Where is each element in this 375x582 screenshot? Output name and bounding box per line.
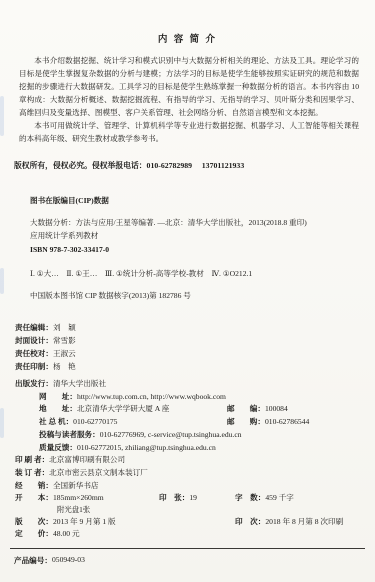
sheets-label: 印 张： xyxy=(159,493,189,502)
book-copyright-page: 内 容 简 介 本书介绍数据挖掘、统计学习和模式识别中与大数据分析相关的理论、方… xyxy=(0,0,375,582)
reader-service-label: 投稿与读者服务： xyxy=(39,429,100,442)
binder-row: 装 订 者： 北京市密云县京文制本装订厂 xyxy=(15,467,367,480)
staff-row-editor: 责任编辑： 刘 颖 xyxy=(15,321,361,334)
binder-value: 北京市密云县京文制本装订厂 xyxy=(49,467,148,480)
product-number-label: 产品编号： xyxy=(14,555,52,566)
website-urls: http://www.tup.com.cn, http://www.wqbook… xyxy=(77,391,226,404)
cip-classification: Ⅰ. ①大… Ⅱ. ①王… Ⅲ. ①统计分析-高等学校-教材 Ⅳ. ①O212.… xyxy=(30,267,361,281)
distributor-label: 经 销： xyxy=(15,480,53,493)
address-value: 北京清华大学学研大厦 A 座 xyxy=(77,403,169,416)
quality-feedback-label: 质量反馈： xyxy=(39,442,77,455)
staff-print-supervisor-value: 杨 艳 xyxy=(53,360,76,373)
scan-artifact xyxy=(0,268,4,294)
website-row: 网 址： http://www.tup.com.cn, http://www.w… xyxy=(15,391,367,404)
scan-artifact xyxy=(0,96,4,136)
switchboard-value: 010-62770175 xyxy=(73,416,117,429)
edition-value: 2013 年 9 月第 1 版 xyxy=(53,517,116,526)
binder-label: 装 订 者： xyxy=(15,467,49,480)
intro-paragraph-2: 本书可用做统计学、管理学、计算机科学等专业进行数据挖掘、机器学习、人工智能等相关… xyxy=(19,119,359,145)
reader-service-value: 010-62776969, c-service@tup.tsinghua.edu… xyxy=(100,429,242,442)
price-value: 48.00 元 xyxy=(53,529,80,538)
staff-row-print-supervisor: 责任印制： 杨 艳 xyxy=(15,360,361,373)
publisher-row: 出版发行： 清华大学出版社 xyxy=(15,378,367,391)
address-label: 地 址： xyxy=(39,403,77,416)
cip-book-line: 大数据分析：方法与应用/王星等编著. —北京：清华大学出版社，2013(2018… xyxy=(30,216,361,230)
impression-value: 2018 年 8 月第 8 次印刷 xyxy=(265,517,343,526)
product-number-value: 050949-03 xyxy=(52,555,85,566)
cip-record-number: 中国版本图书馆 CIP 数据核字(2013)第 182786 号 xyxy=(30,289,361,303)
publisher-label: 出版发行： xyxy=(15,378,53,391)
impression-label: 印 次： xyxy=(235,517,265,526)
publisher-name: 清华大学出版社 xyxy=(53,378,106,391)
intro-paragraph-1: 本书介绍数据挖掘、统计学习和模式识别中与大数据分析相关的理论、方法及工具。理论学… xyxy=(19,54,359,119)
printer-value: 北京富博印刷有限公司 xyxy=(49,454,125,467)
edition-label: 版 次： xyxy=(15,517,53,526)
scan-artifact xyxy=(0,408,4,438)
staff-row-cover-design: 封面设计： 常雪影 xyxy=(15,334,361,347)
sheets-value: 19 xyxy=(189,493,197,502)
staff-section: 责任编辑： 刘 颖 封面设计： 常雪影 责任校对： 王淑云 责任印制： 杨 艳 xyxy=(15,321,361,373)
switchboard-label: 社 总 机： xyxy=(39,416,73,429)
reader-service-row: 投稿与读者服务： 010-62776969, c-service@tup.tsi… xyxy=(15,429,367,442)
word-count-value: 459 千字 xyxy=(265,493,293,502)
address-row: 地 址： 北京清华大学学研大厦 A 座 邮 编： 100084 xyxy=(15,403,367,416)
staff-row-proofreader: 责任校对： 王淑云 xyxy=(15,347,361,360)
cip-heading: 图书在版编目(CIP)数据 xyxy=(30,194,361,208)
specs-section: 开 本：185mm×260mm 附光盘1张 印 张：19 字 数：459 千字 … xyxy=(15,492,367,541)
intro-section: 本书介绍数据挖掘、统计学习和模式识别中与大数据分析相关的理论、方法及工具。理论学… xyxy=(19,54,359,145)
staff-editor-value: 刘 颖 xyxy=(53,321,76,334)
word-count-label: 字 数： xyxy=(235,493,265,502)
cip-series-line: 应用统计学系列教材 xyxy=(30,229,361,243)
cip-isbn: ISBN 978-7-302-33417-0 xyxy=(30,243,361,257)
staff-print-supervisor-label: 责任印制： xyxy=(15,360,53,373)
quality-feedback-value: 010-62772015, zhiliang@tup.tsinghua.edu.… xyxy=(77,442,216,455)
mail-order-value: 010-62786544 xyxy=(265,416,309,429)
format-row: 开 本：185mm×260mm 附光盘1张 印 张：19 字 数：459 千字 xyxy=(15,492,367,515)
staff-cover-design-value: 常雪影 xyxy=(53,334,76,347)
zip-value: 100084 xyxy=(265,403,288,416)
publisher-section: 出版发行： 清华大学出版社 网 址： http://www.tup.com.cn… xyxy=(15,378,367,492)
zip-label: 邮 编： xyxy=(227,403,265,416)
cip-section: 图书在版编目(CIP)数据 大数据分析：方法与应用/王星等编著. —北京：清华大… xyxy=(30,194,361,302)
mail-order-label: 邮 购： xyxy=(227,416,265,429)
price-label: 定 价： xyxy=(15,529,53,538)
edition-row: 版 次：2013 年 9 月第 1 版 印 次：2018 年 8 月第 8 次印… xyxy=(15,516,367,529)
quality-feedback-row: 质量反馈： 010-62772015, zhiliang@tup.tsinghu… xyxy=(15,442,367,455)
staff-editor-label: 责任编辑： xyxy=(15,321,53,334)
divider-rule xyxy=(10,548,365,549)
format-extra: 附光盘1张 xyxy=(15,505,159,516)
product-number-row: 产品编号： 050949-03 xyxy=(14,555,361,566)
distributor-row: 经 销： 全国新华书店 xyxy=(15,480,367,493)
staff-proofreader-value: 王淑云 xyxy=(53,347,76,360)
distributor-value: 全国新华书店 xyxy=(53,480,99,493)
format-label: 开 本： xyxy=(15,493,53,502)
copyright-notice: 版权所有，侵权必究。侵权举报电话：010-62782989 1370112193… xyxy=(14,160,361,171)
price-row: 定 价：48.00 元 xyxy=(15,528,367,541)
printer-label: 印 刷 者： xyxy=(15,454,49,467)
format-value: 185mm×260mm xyxy=(53,493,104,502)
website-label: 网 址： xyxy=(39,391,77,404)
switchboard-row: 社 总 机： 010-62770175 邮 购： 010-62786544 xyxy=(15,416,367,429)
page-title: 内 容 简 介 xyxy=(0,31,375,45)
printer-row: 印 刷 者： 北京富博印刷有限公司 xyxy=(15,454,367,467)
staff-proofreader-label: 责任校对： xyxy=(15,347,53,360)
staff-cover-design-label: 封面设计： xyxy=(15,334,53,347)
